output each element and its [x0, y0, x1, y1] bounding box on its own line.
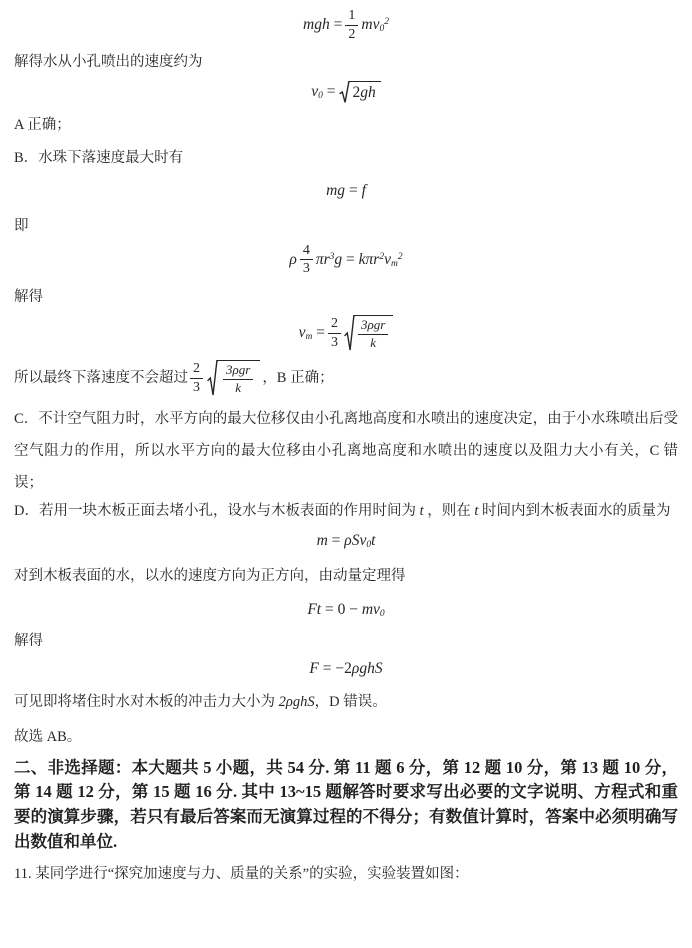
equals-sign: = — [349, 182, 358, 199]
math-lhs: F = −2ρghS — [309, 660, 382, 678]
radical-sign-icon — [339, 81, 350, 103]
paragraph-question-11: 11. 某同学进行“探究加速度与力、质量的关系”的实验，实验装置如图： — [14, 864, 678, 884]
equation-force-balance-row: ρ 43 πr3g = kπr2vm2 — [289, 243, 402, 277]
paragraph-conclusion-d: 可见即将堵住时水对木板的冲击力大小为 2ρghS，D 错误。 — [14, 692, 678, 712]
paragraph-answer: 故选 AB。 — [14, 727, 678, 747]
math-subscript: m — [306, 332, 313, 342]
radical: 2gh — [339, 81, 381, 103]
radical-sign-icon — [207, 360, 218, 396]
math-lhs: vm = — [299, 324, 325, 342]
paragraph-conclusion-b: 所以最终下落速度不会超过 23 3ρgrk ，B 正确； — [14, 360, 678, 396]
text-segment: 所以最终下落速度不会超过 — [14, 368, 188, 388]
section-header-nonchoice: 二、非选择题：本大题共 5 小题，共 54 分. 第 11 题 6 分，第 12… — [14, 756, 678, 855]
math-token: Ft — [307, 601, 321, 618]
equation-impulse: Ft = 0 − mv0 — [14, 601, 678, 619]
equation-drag-balance: mg = f — [14, 182, 678, 200]
math-token: m — [317, 532, 328, 549]
text-segment: ，则在 — [424, 503, 475, 519]
math-token: ρ — [289, 251, 296, 269]
math-token: ρghS — [352, 660, 383, 677]
fraction: 12 — [345, 8, 358, 42]
math-superscript: 2 — [398, 252, 403, 262]
radical: 3ρgrk — [207, 360, 260, 396]
equals-sign: = — [332, 532, 341, 549]
math-token: πr — [316, 251, 330, 268]
equation-exit-speed-row: v0 = 2gh — [311, 81, 381, 103]
radical: 3ρgrk — [344, 315, 393, 351]
fraction: 23 — [328, 316, 341, 350]
fraction: 3ρgrk — [223, 363, 253, 395]
fraction-numerator: 2 — [190, 361, 203, 379]
equals-sign: = — [316, 324, 325, 341]
equation-energy: mgh = 12 mv02 — [14, 8, 678, 42]
math-token: mv — [361, 16, 379, 33]
text-segment: ，D 错误。 — [315, 694, 387, 710]
math-token: t — [371, 532, 375, 549]
math-rhs: mv02 — [361, 16, 389, 34]
radicand: 3ρgrk — [355, 315, 393, 351]
equation-energy-row: mgh = 12 mv02 — [303, 8, 389, 42]
fraction-denominator: 2 — [345, 26, 358, 43]
math-subscript: m — [391, 259, 398, 269]
text-segment: ，B 正确； — [262, 368, 333, 388]
math-subscript: 0 — [318, 91, 323, 101]
equation-force: F = −2ρghS — [14, 660, 678, 678]
equation-mass: m = ρSv0t — [14, 532, 678, 550]
math-token: v — [299, 324, 306, 341]
equals-sign: = — [327, 83, 336, 100]
math-token: 2ρghS — [279, 694, 315, 710]
math-lhs: mg = f — [326, 182, 366, 200]
math-token: v — [384, 251, 391, 268]
radicand: 3ρgrk — [218, 360, 260, 396]
fraction-denominator: 3 — [300, 260, 313, 277]
math-token: mg — [326, 182, 345, 199]
paragraph-option-c: C．不计空气阻力时，水平方向的最大位移仅由小孔离地高度和水喷出的速度决定，由于小… — [14, 404, 678, 499]
fraction-denominator: k — [223, 380, 253, 396]
math-superscript: 2 — [384, 17, 389, 27]
equation-impulse-row: Ft = 0 − mv0 — [307, 601, 384, 619]
text-segment: D．若用一块木板正面去堵小孔，设水与木板表面的作用时间为 — [14, 503, 420, 519]
fraction-numerator: 1 — [345, 8, 358, 26]
math-subscript: 0 — [380, 609, 385, 619]
equation-force-row: F = −2ρghS — [309, 660, 382, 678]
fraction-denominator: k — [358, 335, 388, 351]
math-token: g — [334, 251, 342, 268]
equation-terminal-velocity-row: vm = 23 3ρgrk — [299, 315, 394, 351]
math-lhs: v0 = — [311, 83, 335, 101]
fraction-numerator: 2 — [328, 316, 341, 334]
math-token: gh — [360, 84, 376, 102]
math-token: mv — [362, 601, 380, 618]
fraction-numerator: 3ρgr — [358, 318, 388, 335]
equals-sign: = — [346, 251, 355, 268]
text-segment: 时间内到木板表面水的质量为 — [478, 503, 670, 519]
equation-force-balance: ρ 43 πr3g = kπr2vm2 — [14, 243, 678, 277]
math-lhs: m = ρSv0t — [317, 532, 376, 550]
math-token: F — [309, 660, 318, 677]
fraction-numerator: 4 — [300, 243, 313, 261]
equals-sign: = −2 — [323, 660, 352, 677]
math-token: ρSv — [344, 532, 366, 549]
paragraph-option-d: D．若用一块木板正面去堵小孔，设水与木板表面的作用时间为 t ，则在 t 时间内… — [14, 501, 678, 521]
equals-sign: = — [334, 16, 343, 33]
paragraph-jiede-2: 解得 — [14, 631, 678, 651]
math-lhs: mgh = — [303, 16, 342, 34]
math-token: mgh — [303, 16, 330, 33]
paragraph-ji: 即 — [14, 216, 678, 236]
paragraph-option-a: A 正确； — [14, 115, 678, 135]
paragraph-option-b: B．水珠下落速度最大时有 — [14, 148, 678, 168]
paragraph-solve-speed: 解得水从小孔喷出的速度约为 — [14, 52, 678, 72]
math-token: 2 — [353, 84, 361, 102]
equation-drag-row: mg = f — [326, 182, 366, 200]
fraction: 3ρgrk — [358, 318, 388, 350]
fraction-denominator: 3 — [328, 334, 341, 351]
radical-sign-icon — [344, 315, 355, 351]
fraction-numerator: 3ρgr — [223, 363, 253, 380]
math-lhs: Ft = 0 − mv0 — [307, 601, 384, 619]
math-token: kπr — [359, 251, 380, 268]
fraction: 43 — [300, 243, 313, 277]
equation-mass-row: m = ρSv0t — [317, 532, 376, 550]
fraction-denominator: 3 — [190, 379, 203, 396]
paragraph-jiede-1: 解得 — [14, 287, 678, 307]
math-rhs: πr3g = kπr2vm2 — [316, 251, 403, 269]
paragraph-momentum-theorem: 对到木板表面的水，以水的速度方向为正方向，由动量定理得 — [14, 566, 678, 586]
radicand: 2gh — [350, 81, 381, 103]
math-token: f — [362, 182, 366, 199]
document-page: mgh = 12 mv02 解得水从小孔喷出的速度约为 v0 = 2gh A 正… — [0, 0, 692, 894]
equals-sign: = 0 − — [325, 601, 358, 618]
text-segment: 可见即将堵住时水对木板的冲击力大小为 — [14, 694, 279, 710]
equation-terminal-velocity: vm = 23 3ρgrk — [14, 315, 678, 351]
equation-exit-speed: v0 = 2gh — [14, 81, 678, 103]
fraction: 23 — [190, 361, 203, 395]
